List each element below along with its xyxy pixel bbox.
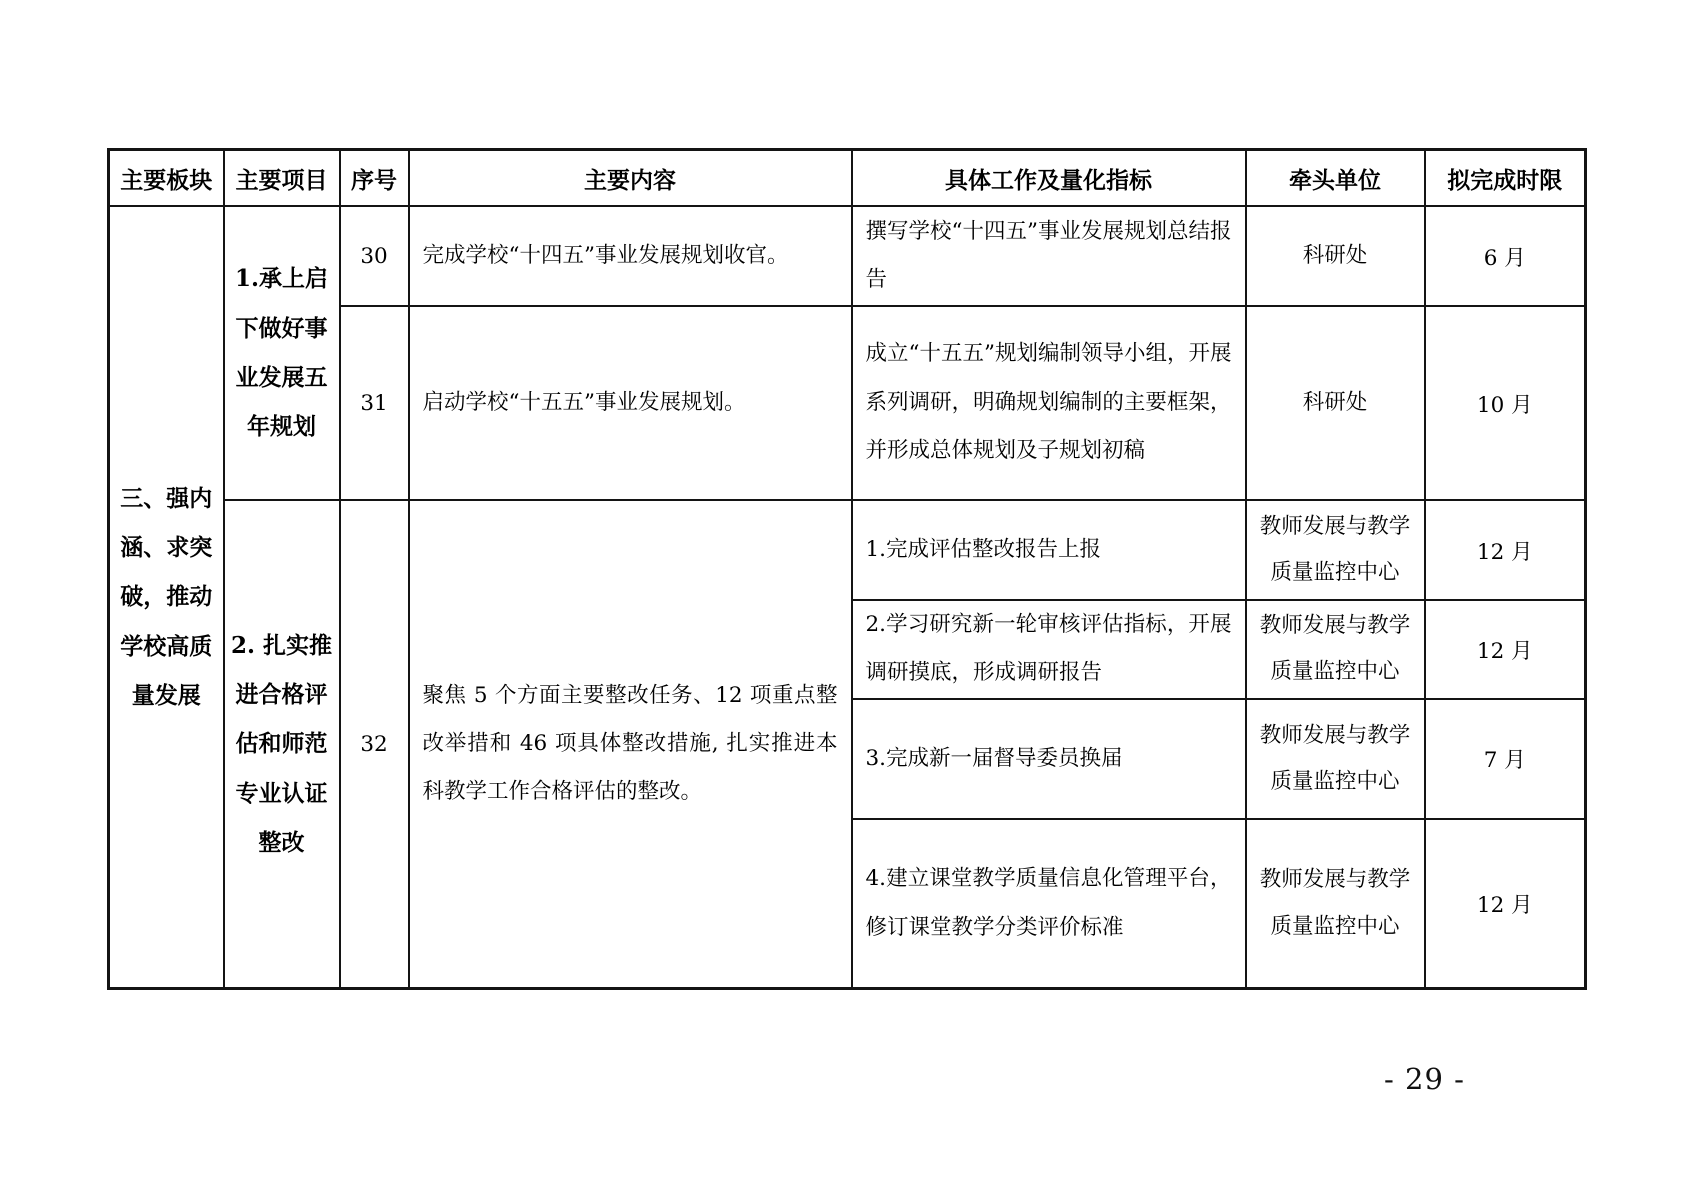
header-cell-content: 主要内容	[409, 150, 852, 207]
unit-cell-32-3: 教师发展与教学质量监控中心	[1246, 699, 1425, 819]
table-row-32-sub-1: 2. 扎实推进合格评估和师范专业认证整改 32 聚焦 5 个方面主要整改任务、1…	[109, 500, 1586, 600]
deadline-cell-32-3: 7 月	[1425, 699, 1586, 819]
header-cell-work: 具体工作及量化指标	[852, 150, 1246, 207]
content-cell-30: 完成学校“十四五”事业发展规划收官。	[409, 206, 852, 306]
header-cell-project: 主要项目	[224, 150, 340, 207]
unit-cell-32-1: 教师发展与教学质量监控中心	[1246, 500, 1425, 600]
unit-cell-31: 科研处	[1246, 306, 1425, 500]
seq-cell-31: 31	[340, 306, 409, 500]
deadline-cell-32-2: 12 月	[1425, 600, 1586, 699]
project-cell-1: 1.承上启下做好事业发展五年规划	[224, 206, 340, 500]
header-cell-unit: 牵头单位	[1246, 150, 1425, 207]
work-cell-32-1: 1.完成评估整改报告上报	[852, 500, 1246, 600]
deadline-cell-30: 6 月	[1425, 206, 1586, 306]
table-header-row: 主要板块 主要项目 序号 主要内容 具体工作及量化指标 牵头单位 拟完成时限	[109, 150, 1586, 207]
unit-cell-30: 科研处	[1246, 206, 1425, 306]
header-cell-deadline: 拟完成时限	[1425, 150, 1586, 207]
work-cell-32-3: 3.完成新一届督导委员换届	[852, 699, 1246, 819]
work-cell-32-4: 4.建立课堂教学质量信息化管理平台，修订课堂教学分类评价标准	[852, 819, 1246, 989]
page-number: - 29 -	[1384, 1062, 1465, 1096]
header-cell-block: 主要板块	[109, 150, 224, 207]
deadline-cell-32-1: 12 月	[1425, 500, 1586, 600]
seq-cell-30: 30	[340, 206, 409, 306]
table-row-30: 三、强内涵、求突破，推动学校高质量发展 1.承上启下做好事业发展五年规划 30 …	[109, 206, 1586, 306]
work-cell-32-2: 2.学习研究新一轮审核评估指标，开展调研摸底，形成调研报告	[852, 600, 1246, 699]
section-block-cell: 三、强内涵、求突破，推动学校高质量发展	[109, 206, 224, 989]
unit-cell-32-2: 教师发展与教学质量监控中心	[1246, 600, 1425, 699]
deadline-cell-31: 10 月	[1425, 306, 1586, 500]
header-cell-seq: 序号	[340, 150, 409, 207]
project-cell-2: 2. 扎实推进合格评估和师范专业认证整改	[224, 500, 340, 989]
unit-cell-32-4: 教师发展与教学质量监控中心	[1246, 819, 1425, 989]
deadline-cell-32-4: 12 月	[1425, 819, 1586, 989]
document-page: 主要板块 主要项目 序号 主要内容 具体工作及量化指标 牵头单位 拟完成时限 三…	[0, 0, 1684, 1191]
work-cell-30: 撰写学校“十四五”事业发展规划总结报告	[852, 206, 1246, 306]
content-cell-31: 启动学校“十五五”事业发展规划。	[409, 306, 852, 500]
work-cell-31: 成立“十五五”规划编制领导小组，开展系列调研，明确规划编制的主要框架，并形成总体…	[852, 306, 1246, 500]
content-cell-32: 聚焦 5 个方面主要整改任务、12 项重点整改举措和 46 项具体整改措施, 扎…	[409, 500, 852, 989]
work-plan-table: 主要板块 主要项目 序号 主要内容 具体工作及量化指标 牵头单位 拟完成时限 三…	[107, 148, 1587, 990]
seq-cell-32: 32	[340, 500, 409, 989]
